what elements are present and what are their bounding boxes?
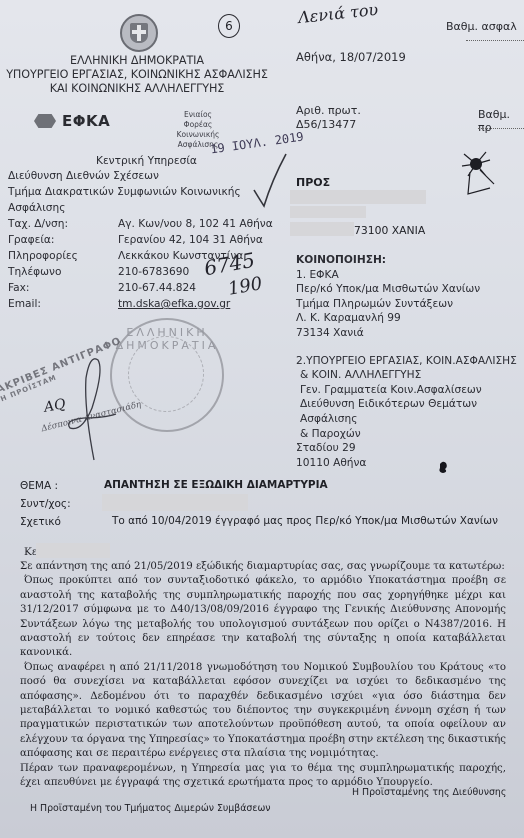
header-republic: ΕΛΛΗΝΙΚΗ ΔΗΜΟΚΡΑΤΙΑ (0, 54, 274, 67)
efka-logo: ΕΦΚΑ (34, 112, 110, 130)
insured-label: Συντ/χος: (20, 498, 71, 510)
coat-of-arms-emblem (120, 14, 158, 52)
protocol-number: Δ56/13477 (296, 118, 356, 131)
doodle-icon (460, 150, 500, 200)
body-paragraph-2: Όπως προκύπτει από τον συνταξιοδοτικό φά… (20, 574, 506, 660)
official-round-stamp: ΕΛΛΗΝΙΚΗ ΔΗΜΟΚΡΑΤΙΑ (110, 318, 224, 432)
recipient-city: 73100 ΧΑΝΙΑ (354, 224, 425, 237)
handwritten-note: Λενιά του (297, 0, 379, 27)
security-level-label: Βαθμ. ασφαλ (446, 20, 517, 33)
letter-body: Σε απάντηση της από 21/05/2019 εξώδικής … (20, 560, 506, 791)
efka-logo-icon (34, 114, 56, 128)
related-label: Σχετικό (20, 516, 61, 528)
header-ministry: ΥΠΟΥΡΓΕΙΟ ΕΡΓΑΣΙΑΣ, ΚΟΙΝΩΝΙΚΗΣ ΑΣΦΑΛΙΣΗΣ (0, 68, 274, 81)
sender-directorate: Διεύθυνση Διεθνών Σχέσεων (8, 168, 273, 184)
checkmark-icon (250, 150, 290, 210)
header-ministry-2: ΚΑΙ ΚΟΙΝΩΝΙΚΗΣ ΑΛΛΗΛΕΓΓΥΗΣ (0, 82, 274, 95)
signature-scribble-icon (64, 348, 124, 464)
redacted-recipient-address (290, 206, 366, 218)
related-value: Το από 10/04/2019 έγγραφό μας προς Περ/κ… (112, 515, 498, 527)
ink-mark-icon (437, 460, 449, 474)
redacted-addressee (36, 543, 110, 558)
sender-field-address: Ταχ. Δ/νση:Αγ. Κων/νου 8, 102 41 Αθήνα (8, 216, 273, 232)
signature-right: Η Προϊσταμένης της Διεύθυνσης (352, 787, 506, 798)
cc-label: ΚΟΙΝΟΠΟΙΗΣΗ: (296, 253, 524, 268)
sender-field-offices: Γραφεία:Γερανίου 42, 104 31 Αθήνα (8, 232, 273, 248)
protocol-label: Αριθ. πρωτ. (296, 104, 361, 117)
sender-department-2: Ασφάλισης (8, 200, 273, 216)
circled-page-number: 6 (218, 14, 240, 38)
redacted-recipient-street (290, 222, 354, 236)
priority-label: Βαθμ. πρ (478, 108, 524, 134)
body-paragraph-1: Σε απάντηση της από 21/05/2019 εξώδικής … (20, 560, 506, 574)
priority-line (478, 128, 524, 129)
email-link[interactable]: tm.dska@efka.gov.gr (118, 298, 230, 310)
subject-value: ΑΠΑΝΤΗΣΗ ΣΕ ΕΞΩΔΙΚΗ ΔΙΑΜΑΡΤΥΡΙΑ (104, 479, 328, 491)
security-level-line (466, 40, 524, 41)
signature-left: Η Προϊσταμένη του Τμήματος Διμερών Συμβά… (30, 803, 271, 814)
subject-label: ΘΕΜΑ : (20, 480, 58, 492)
redacted-insured-name (102, 494, 248, 511)
cc-block: ΚΟΙΝΟΠΟΙΗΣΗ: 1. ΕΦΚΑ Περ/κό Υποκ/μα Μισθ… (296, 253, 524, 470)
sender-department: Τμήμα Διακρατικών Συμφωνιών Κοινωνικής (8, 184, 273, 200)
body-paragraph-3: Όπως αναφέρει η από 21/11/2018 γνωμοδότη… (20, 661, 506, 762)
redacted-recipient-name (290, 190, 426, 204)
recipient-label: ΠΡΟΣ (296, 176, 330, 189)
place-date: Αθήνα, 18/07/2019 (296, 50, 406, 64)
sender-unit: Κεντρική Υπηρεσία (96, 153, 197, 169)
